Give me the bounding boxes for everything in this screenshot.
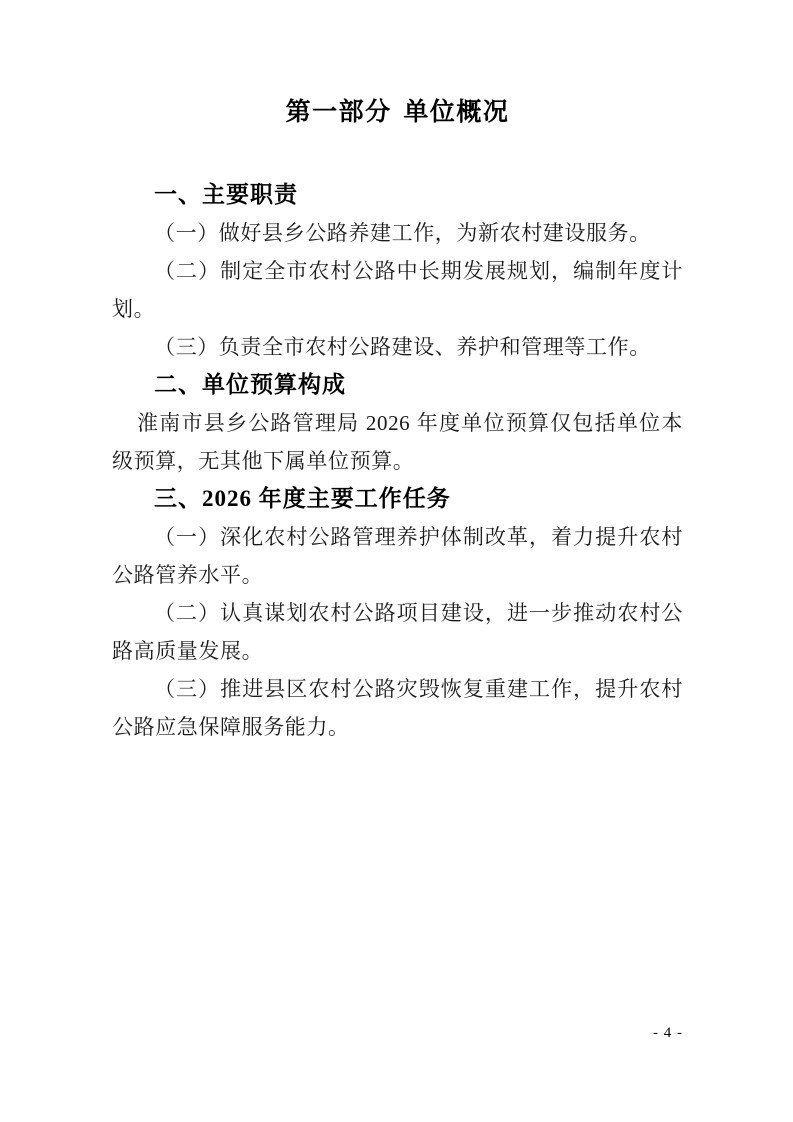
section-heading: 二、单位预算构成 <box>112 366 683 404</box>
paragraph: 淮南市县乡公路管理局 2026 年度单位预算仅包括单位本级预算，无其他下属单位预… <box>112 404 683 480</box>
page-number: - 4 - <box>653 1025 683 1041</box>
document-page: 第一部分 单位概况 一、主要职责 （一）做好县乡公路养建工作，为新农村建设服务。… <box>0 0 793 1122</box>
section-work-tasks: 三、2026 年度主要工作任务 （一）深化农村公路管理养护体制改革，着力提升农村… <box>112 480 683 746</box>
section-heading: 一、主要职责 <box>112 176 683 214</box>
document-content: 第一部分 单位概况 一、主要职责 （一）做好县乡公路养建工作，为新农村建设服务。… <box>112 0 683 746</box>
paragraph: （二）制定全市农村公路中长期发展规划，编制年度计划。 <box>112 252 683 328</box>
paragraph: （一）深化农村公路管理养护体制改革，着力提升农村公路管养水平。 <box>112 518 683 594</box>
paragraph: （二）认真谋划农村公路项目建设，进一步推动农村公路高质量发展。 <box>112 594 683 670</box>
page-footer: - 4 - <box>653 1023 683 1043</box>
document-sections: 一、主要职责 （一）做好县乡公路养建工作，为新农村建设服务。 （二）制定全市农村… <box>112 176 683 746</box>
section-budget-composition: 二、单位预算构成 淮南市县乡公路管理局 2026 年度单位预算仅包括单位本级预算… <box>112 366 683 480</box>
section-heading: 三、2026 年度主要工作任务 <box>112 480 683 518</box>
page-title: 第一部分 单位概况 <box>112 0 683 130</box>
paragraph: （三）负责全市农村公路建设、养护和管理等工作。 <box>112 328 683 366</box>
paragraph: （三）推进县区农村公路灾毁恢复重建工作，提升农村公路应急保障服务能力。 <box>112 670 683 746</box>
section-main-duties: 一、主要职责 （一）做好县乡公路养建工作，为新农村建设服务。 （二）制定全市农村… <box>112 176 683 366</box>
paragraph: （一）做好县乡公路养建工作，为新农村建设服务。 <box>112 214 683 252</box>
